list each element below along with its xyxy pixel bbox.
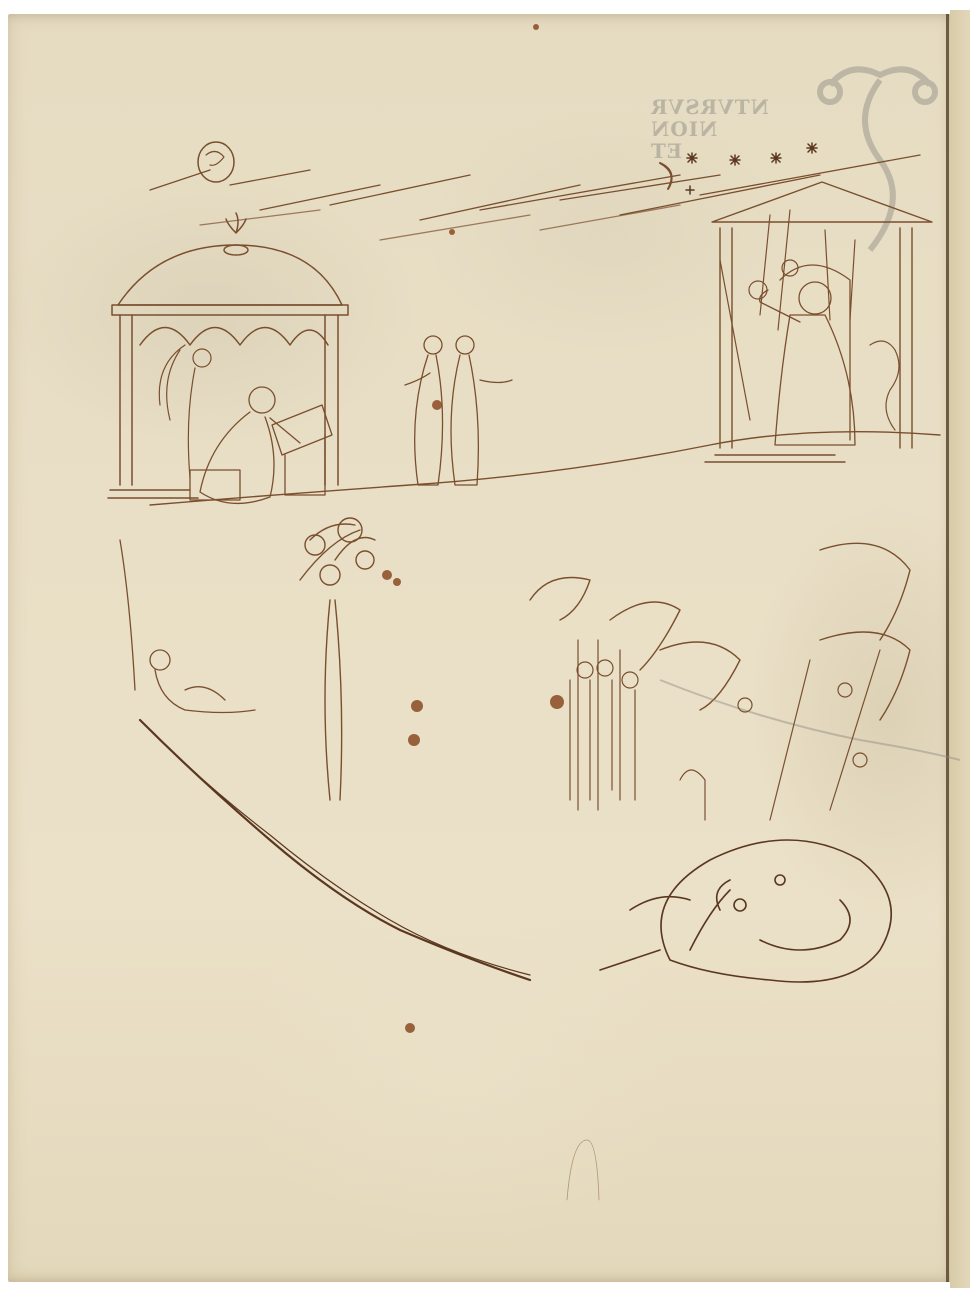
tree — [300, 518, 375, 800]
show-through-initial — [820, 69, 935, 250]
spear-figures — [738, 650, 880, 820]
dragon-beast — [600, 840, 891, 982]
sun-roundel-icon — [198, 142, 234, 182]
sky-band — [150, 155, 920, 240]
stars-icon — [686, 143, 817, 194]
two-standing-figures — [405, 336, 512, 485]
upper-ground-line — [150, 432, 940, 505]
scribe-pavilion — [108, 213, 348, 498]
reclining-figure — [120, 540, 255, 713]
scribe-figure — [190, 387, 300, 503]
ink-stains — [382, 24, 564, 1033]
faint-sketch-line — [567, 1140, 599, 1200]
ink-drawing — [0, 0, 970, 1300]
enthroned-ruler-figure — [760, 265, 855, 445]
ruler-temple — [705, 182, 932, 462]
hills — [530, 543, 910, 720]
soldier-group — [570, 640, 705, 820]
rocky-slope — [140, 720, 530, 980]
river-line — [660, 680, 960, 760]
lectern — [272, 405, 332, 495]
angel-figure — [159, 345, 211, 478]
crescent-moon-icon — [660, 163, 672, 189]
